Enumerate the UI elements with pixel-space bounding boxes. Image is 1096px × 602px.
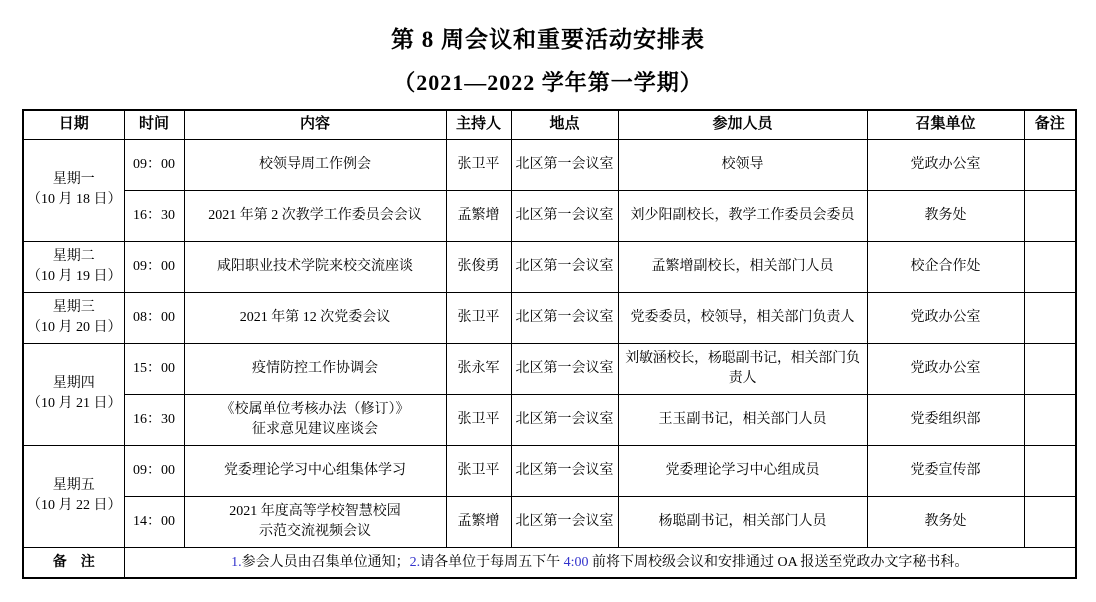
remark-cell <box>1024 343 1076 394</box>
remark-cell <box>1024 496 1076 547</box>
participants-cell: 孟繁增副校长，相关部门人员 <box>618 241 867 292</box>
location-cell: 北区第一会议室 <box>511 394 618 445</box>
note-label: 备 注 <box>23 547 124 578</box>
note-number-2: 2. <box>410 555 421 570</box>
location-cell: 北区第一会议室 <box>511 343 618 394</box>
host-cell: 张卫平 <box>446 139 511 190</box>
date-cell-friday: 星期五 （10 月 22 日） <box>23 445 124 547</box>
location-cell: 北区第一会议室 <box>511 445 618 496</box>
location-cell: 北区第一会议室 <box>511 241 618 292</box>
content-cell: 2021 年第 12 次党委会议 <box>184 292 446 343</box>
content-cell: 咸阳职业技术学院来校交流座谈 <box>184 241 446 292</box>
note-text-1: 参会人员由召集单位通知； <box>242 555 410 570</box>
time-cell: 09：00 <box>124 139 184 190</box>
day-date: （10 月 19 日） <box>27 267 121 287</box>
participants-cell: 校领导 <box>618 139 867 190</box>
remark-cell <box>1024 241 1076 292</box>
remark-cell <box>1024 394 1076 445</box>
host-cell: 孟繁增 <box>446 496 511 547</box>
content-line-1: 《校属单位考核办法（修订）》 <box>188 400 443 420</box>
remark-cell <box>1024 445 1076 496</box>
header-host: 主持人 <box>446 110 511 140</box>
organizer-cell: 党政办公室 <box>867 139 1024 190</box>
time-cell: 15：00 <box>124 343 184 394</box>
time-cell: 16：30 <box>124 190 184 241</box>
content-cell: 《校属单位考核办法（修订）》 征求意见建议座谈会 <box>184 394 446 445</box>
location-cell: 北区第一会议室 <box>511 139 618 190</box>
header-row: 日期 时间 内容 主持人 地点 参加人员 召集单位 备注 <box>23 110 1076 140</box>
day-date: （10 月 21 日） <box>27 394 121 414</box>
date-cell-monday: 星期一 （10 月 18 日） <box>23 139 124 241</box>
day-label: 星期三 <box>27 298 121 318</box>
content-line-2: 征求意见建议座谈会 <box>188 420 443 440</box>
table-row: 星期四 （10 月 21 日） 15：00 疫情防控工作协调会 张永军 北区第一… <box>23 343 1076 394</box>
content-cell: 2021 年第 2 次教学工作委员会会议 <box>184 190 446 241</box>
header-participants: 参加人员 <box>618 110 867 140</box>
content-cell: 2021 年度高等学校智慧校园 示范交流视频会议 <box>184 496 446 547</box>
day-date: （10 月 18 日） <box>27 190 121 210</box>
organizer-cell: 党委宣传部 <box>867 445 1024 496</box>
day-label: 星期五 <box>27 476 121 496</box>
host-cell: 张永军 <box>446 343 511 394</box>
header-organizer: 召集单位 <box>867 110 1024 140</box>
location-cell: 北区第一会议室 <box>511 292 618 343</box>
time-cell: 14：00 <box>124 496 184 547</box>
day-label: 星期二 <box>27 247 121 267</box>
participants-cell: 党委理论学习中心组成员 <box>618 445 867 496</box>
remark-cell <box>1024 190 1076 241</box>
remark-cell <box>1024 292 1076 343</box>
date-cell-thursday: 星期四 （10 月 21 日） <box>23 343 124 445</box>
participants-cell: 党委委员，校领导，相关部门负责人 <box>618 292 867 343</box>
content-line-2: 示范交流视频会议 <box>188 522 443 542</box>
header-content: 内容 <box>184 110 446 140</box>
header-date: 日期 <box>23 110 124 140</box>
table-row: 星期三 （10 月 20 日） 08：00 2021 年第 12 次党委会议 张… <box>23 292 1076 343</box>
table-row: 星期五 （10 月 22 日） 09：00 党委理论学习中心组集体学习 张卫平 … <box>23 445 1076 496</box>
location-cell: 北区第一会议室 <box>511 496 618 547</box>
day-label: 星期四 <box>27 374 121 394</box>
page-title: 第 8 周会议和重要活动安排表 <box>0 0 1096 54</box>
remark-cell <box>1024 139 1076 190</box>
organizer-cell: 教务处 <box>867 190 1024 241</box>
table-row: 星期一 （10 月 18 日） 09：00 校领导周工作例会 张卫平 北区第一会… <box>23 139 1076 190</box>
host-cell: 张卫平 <box>446 394 511 445</box>
participants-cell: 杨聪副书记，相关部门人员 <box>618 496 867 547</box>
note-time-value: 4:00 <box>564 555 589 570</box>
organizer-cell: 党政办公室 <box>867 292 1024 343</box>
table-row: 14：00 2021 年度高等学校智慧校园 示范交流视频会议 孟繁增 北区第一会… <box>23 496 1076 547</box>
schedule-table: 日期 时间 内容 主持人 地点 参加人员 召集单位 备注 星期一 （10 月 1… <box>22 109 1077 580</box>
organizer-cell: 教务处 <box>867 496 1024 547</box>
header-remark: 备注 <box>1024 110 1076 140</box>
header-time: 时间 <box>124 110 184 140</box>
time-cell: 08：00 <box>124 292 184 343</box>
table-row: 16：30 2021 年第 2 次教学工作委员会会议 孟繁增 北区第一会议室 刘… <box>23 190 1076 241</box>
note-number-1: 1. <box>231 555 242 570</box>
day-label: 星期一 <box>27 170 121 190</box>
host-cell: 张卫平 <box>446 292 511 343</box>
content-line-1: 2021 年度高等学校智慧校园 <box>188 502 443 522</box>
page-subtitle: （2021—2022 学年第一学期） <box>0 70 1096 96</box>
participants-cell: 王玉副书记，相关部门人员 <box>618 394 867 445</box>
document-page: 第 8 周会议和重要活动安排表 （2021—2022 学年第一学期） 日期 时间… <box>0 0 1096 602</box>
time-cell: 16：30 <box>124 394 184 445</box>
participants-cell: 刘敏涵校长，杨聪副书记，相关部门负责人 <box>618 343 867 394</box>
organizer-cell: 党政办公室 <box>867 343 1024 394</box>
location-cell: 北区第一会议室 <box>511 190 618 241</box>
date-cell-tuesday: 星期二 （10 月 19 日） <box>23 241 124 292</box>
organizer-cell: 校企合作处 <box>867 241 1024 292</box>
table-row: 16：30 《校属单位考核办法（修订）》 征求意见建议座谈会 张卫平 北区第一会… <box>23 394 1076 445</box>
content-cell: 疫情防控工作协调会 <box>184 343 446 394</box>
host-cell: 张俊勇 <box>446 241 511 292</box>
day-date: （10 月 22 日） <box>27 496 121 516</box>
note-text-3: 前将下周校级会议和安排通过 OA 报送至党政办文字秘书科。 <box>588 555 968 570</box>
host-cell: 孟繁增 <box>446 190 511 241</box>
date-cell-wednesday: 星期三 （10 月 20 日） <box>23 292 124 343</box>
host-cell: 张卫平 <box>446 445 511 496</box>
participants-cell: 刘少阳副校长，教学工作委员会委员 <box>618 190 867 241</box>
note-text-cell: 1.参会人员由召集单位通知；2.请各单位于每周五下午 4:00 前将下周校级会议… <box>124 547 1076 578</box>
time-cell: 09：00 <box>124 241 184 292</box>
table-row: 星期二 （10 月 19 日） 09：00 咸阳职业技术学院来校交流座谈 张俊勇… <box>23 241 1076 292</box>
content-cell: 校领导周工作例会 <box>184 139 446 190</box>
time-cell: 09：00 <box>124 445 184 496</box>
note-text-2: 请各单位于每周五下午 <box>420 555 564 570</box>
organizer-cell: 党委组织部 <box>867 394 1024 445</box>
content-cell: 党委理论学习中心组集体学习 <box>184 445 446 496</box>
note-row: 备 注 1.参会人员由召集单位通知；2.请各单位于每周五下午 4:00 前将下周… <box>23 547 1076 578</box>
day-date: （10 月 20 日） <box>27 318 121 338</box>
header-location: 地点 <box>511 110 618 140</box>
